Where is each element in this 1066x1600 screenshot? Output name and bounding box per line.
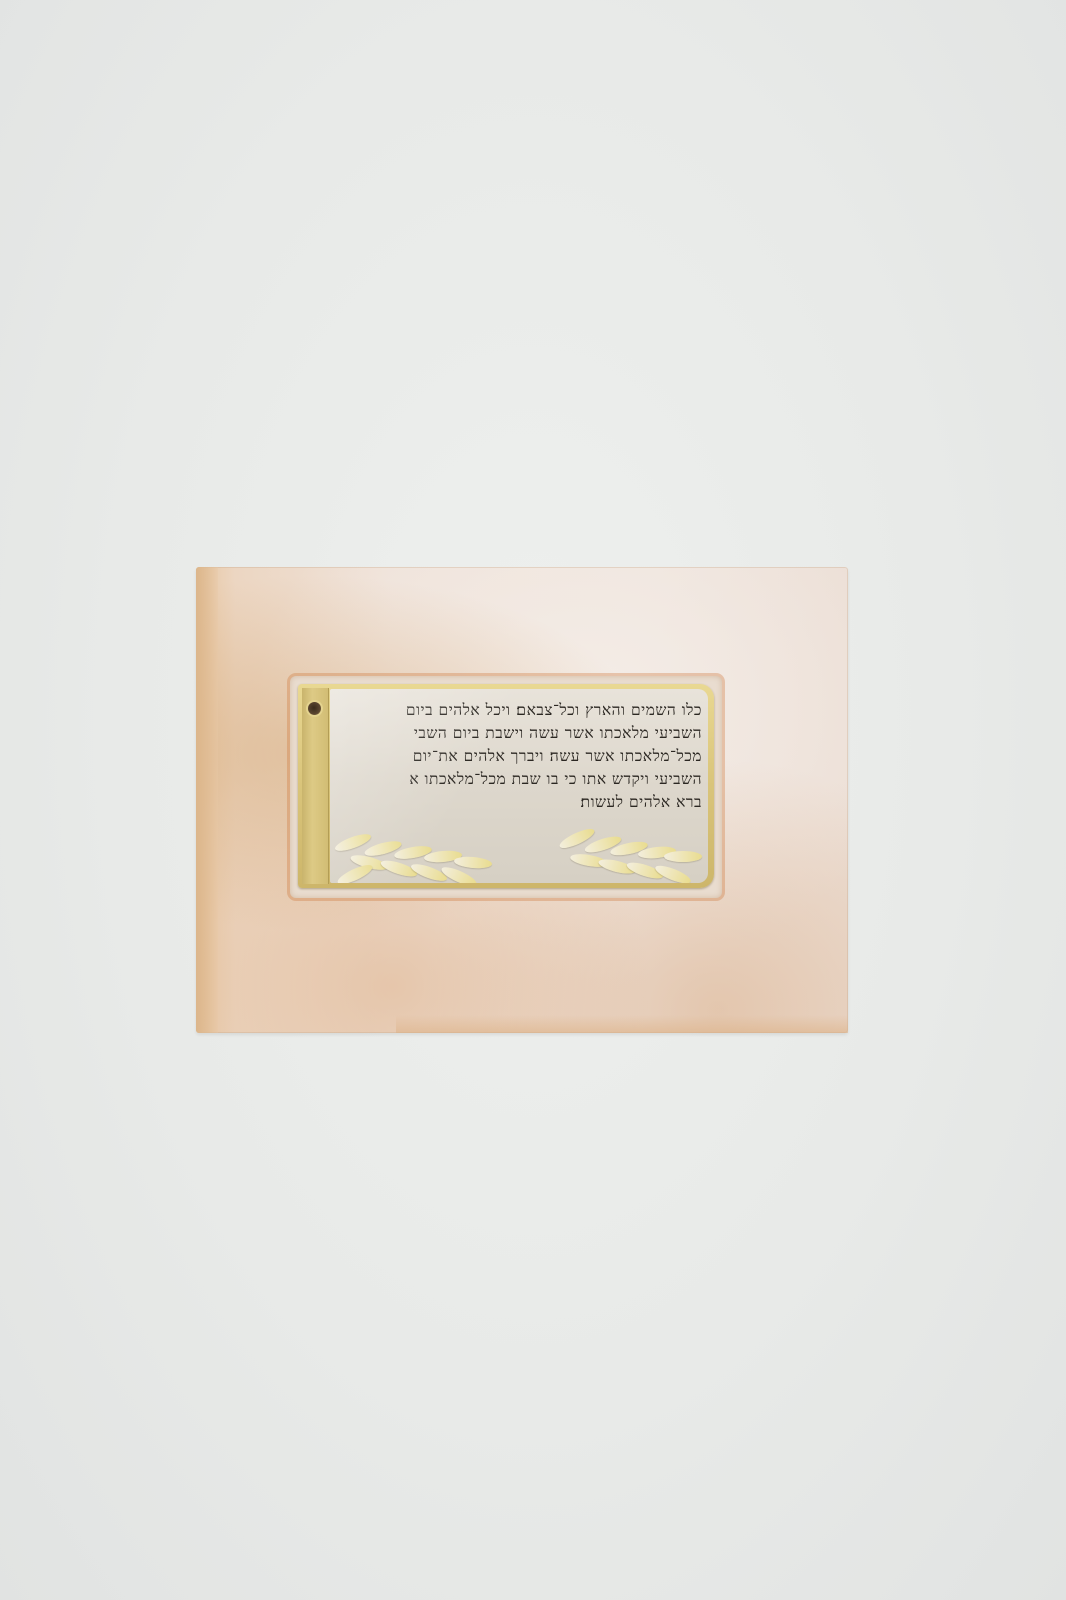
product-photo: כלו השמים והארץ וכל־צבאם׃ ויכל אלהים ביו… [0,0,1066,1600]
brass-side-bar [302,688,329,884]
screw-hole-icon [308,702,321,715]
text-line: ברא אלהים לעשות׃ [334,791,702,814]
text-line: מכל־מלאכתו אשר עשה׃ ויברך אלהים את־יום [334,745,702,768]
wheat-stalk-left [330,813,510,883]
text-line: כלו השמים והארץ וכל־צבאם׃ ויכל אלהים ביו… [334,699,702,722]
text-line: השביעי ויקדש אתו כי בו שבת מכל־מלאכתו א [334,768,702,791]
glass-panel: כלו השמים והארץ וכל־צבאם׃ ויכל אלהים ביו… [330,689,708,883]
wheat-stalk-right [548,813,708,883]
hebrew-text: כלו השמים והארץ וכל־צבאם׃ ויכל אלהים ביו… [334,699,702,814]
text-line: השביעי מלאכתו אשר עשה וישבת ביום השבי [334,722,702,745]
brass-plaque: כלו השמים והארץ וכל־צבאם׃ ויכל אלהים ביו… [298,684,714,888]
